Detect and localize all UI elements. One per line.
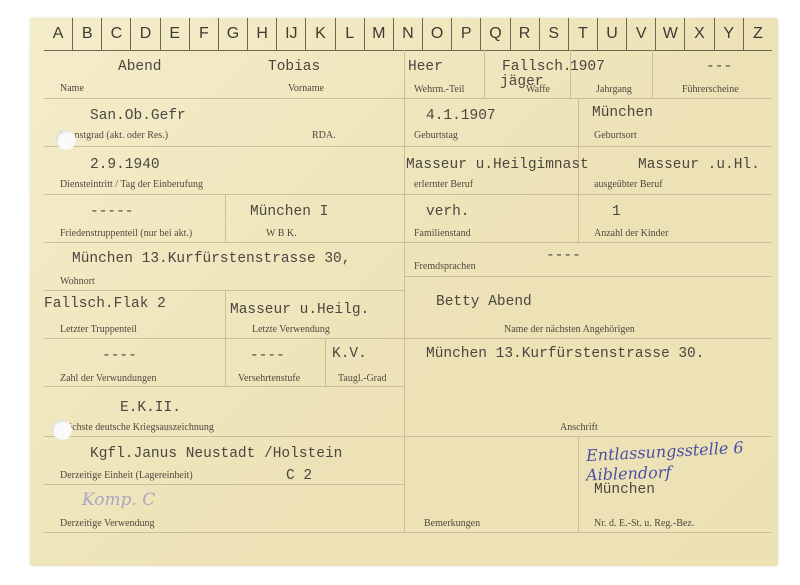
divider xyxy=(44,194,772,195)
fremdsprachen-value: ---- xyxy=(546,248,581,264)
divider xyxy=(652,50,653,98)
vorname-value: Tobias xyxy=(268,59,320,75)
kinder-value: 1 xyxy=(612,204,621,220)
divider xyxy=(44,386,404,387)
personnel-card: ABCDEFGHIJKLMNOPQRSTUVWXYZ Abend Name To… xyxy=(30,18,778,566)
index-letter-c: C xyxy=(102,18,131,50)
index-letter-e: E xyxy=(161,18,190,50)
verwundungen-label: Zahl der Verwundungen xyxy=(60,373,156,384)
index-letter-a: A xyxy=(44,18,73,50)
index-letter-u: U xyxy=(598,18,627,50)
index-letter-v: V xyxy=(627,18,656,50)
erlernter-beruf-value: Masseur u.Heilgimnast xyxy=(406,157,589,173)
friedenstruppenteil-value: ----- xyxy=(90,204,134,220)
geburtsort-value: München xyxy=(592,105,653,121)
entlassungsstelle-handwritten: Entlassungsstelle 6 xyxy=(586,438,744,465)
derzeitige-verwendung-label: Derzeitige Verwendung xyxy=(60,518,155,529)
index-letter-x: X xyxy=(685,18,714,50)
index-letter-q: Q xyxy=(481,18,510,50)
index-letter-k: K xyxy=(306,18,335,50)
erlernter-beruf-label: erlernter Beruf xyxy=(414,179,473,190)
vorname-label: Vorname xyxy=(288,83,324,94)
divider xyxy=(44,290,404,291)
wohnort-label: Wohnort xyxy=(60,276,95,287)
letzte-verwendung-value: Masseur u.Heilg. xyxy=(230,302,369,318)
derzeitige-einheit-value: Kgfl.Janus Neustadt /Holstein xyxy=(90,446,342,462)
diensteintritt-value: 2.9.1940 xyxy=(90,157,160,173)
nr-est-value: München xyxy=(594,482,655,498)
index-letter-z: Z xyxy=(744,18,772,50)
index-letter-ij: IJ xyxy=(277,18,306,50)
nr-est-label: Nr. d. E.-St. u. Reg.-Bez. xyxy=(594,518,694,529)
divider xyxy=(484,50,485,98)
divider xyxy=(44,146,772,147)
divider xyxy=(578,194,579,242)
index-letter-p: P xyxy=(452,18,481,50)
index-letter-y: Y xyxy=(715,18,744,50)
name-label: Name xyxy=(60,83,84,94)
index-letter-f: F xyxy=(190,18,219,50)
divider xyxy=(44,532,772,533)
derzeitige-einheit-subunit: C 2 xyxy=(286,468,312,484)
name-value: Abend xyxy=(118,59,162,75)
index-letter-t: T xyxy=(569,18,598,50)
taugl-grad-label: Taugl.-Grad xyxy=(338,373,386,384)
familienstand-label: Familienstand xyxy=(414,228,471,239)
index-letter-d: D xyxy=(131,18,160,50)
index-letter-n: N xyxy=(394,18,423,50)
wbk-value: München I xyxy=(250,204,328,220)
taugl-grad-value: K.V. xyxy=(332,346,367,362)
punch-hole xyxy=(56,130,76,150)
index-letter-r: R xyxy=(511,18,540,50)
divider xyxy=(325,338,326,386)
punch-hole xyxy=(52,420,72,440)
diensteintritt-label: Diensteintritt / Tag der Einberufung xyxy=(60,179,203,190)
derzeitige-verwendung-handwritten: Komp. C xyxy=(82,490,155,510)
letzter-truppenteil-label: Letzter Truppenteil xyxy=(60,324,137,335)
friedenstruppenteil-label: Friedenstruppenteil (nur bei akt.) xyxy=(60,228,192,239)
geburtsort-label: Geburtsort xyxy=(594,130,637,141)
geburtstag-value: 4.1.1907 xyxy=(426,108,496,124)
dienstgrad-value: San.Ob.Gefr xyxy=(90,108,186,124)
index-letter-w: W xyxy=(656,18,685,50)
alphabet-index: ABCDEFGHIJKLMNOPQRSTUVWXYZ xyxy=(44,18,772,51)
kriegsauszeichnung-value: E.K.II. xyxy=(120,400,181,416)
divider xyxy=(578,436,579,532)
divider xyxy=(44,242,772,243)
divider xyxy=(404,50,405,532)
divider xyxy=(404,276,772,277)
fremdsprachen-label: Fremdsprachen xyxy=(414,261,476,272)
ausgeuebter-beruf-label: ausgeübter Beruf xyxy=(594,179,663,190)
derzeitige-einheit-label: Derzeitige Einheit (Lagereinheit) xyxy=(60,470,193,481)
divider xyxy=(225,290,226,386)
verwundungen-value: ---- xyxy=(102,348,137,364)
versehrtenstufe-label: Versehrtenstufe xyxy=(238,373,300,384)
angehoerige-name-label: Name der nächsten Angehörigen xyxy=(504,324,635,335)
rda-label: RDA. xyxy=(312,130,336,141)
divider xyxy=(225,194,226,242)
dienstgrad-label: Dienstgrad (akt. oder Res.) xyxy=(60,130,168,141)
index-letter-b: B xyxy=(73,18,102,50)
geburtstag-label: Geburtstag xyxy=(414,130,458,141)
wehrm-teil-label: Wehrm.-Teil xyxy=(414,84,464,95)
jahrgang-value: 1907 xyxy=(570,59,605,75)
index-letter-g: G xyxy=(219,18,248,50)
waffe-label: Waffe xyxy=(526,84,550,95)
wohnort-value: München 13.Kurfürstenstrasse 30, xyxy=(72,251,350,267)
wbk-label: W B K. xyxy=(266,228,297,239)
kinder-label: Anzahl der Kinder xyxy=(594,228,668,239)
letzter-truppenteil-value: Fallsch.Flak 2 xyxy=(44,296,166,312)
index-letter-h: H xyxy=(248,18,277,50)
ausgeuebter-beruf-value: Masseur .u.Hl. xyxy=(638,157,760,173)
versehrtenstufe-value: ---- xyxy=(250,348,285,364)
waffe-value: Fallsch. xyxy=(502,59,572,75)
wehrm-teil-value: Heer xyxy=(408,59,443,75)
divider xyxy=(44,338,772,339)
divider xyxy=(44,484,404,485)
jahrgang-label: Jahrgang xyxy=(596,84,632,95)
divider xyxy=(44,436,772,437)
index-letter-m: M xyxy=(365,18,394,50)
familienstand-value: verh. xyxy=(426,204,470,220)
divider xyxy=(44,98,772,99)
anschrift-value: München 13.Kurfürstenstrasse 30. xyxy=(426,346,704,362)
divider xyxy=(578,98,579,194)
fuehrerscheine-label: Führerscheine xyxy=(682,84,739,95)
bemerkungen-label: Bemerkungen xyxy=(424,518,480,529)
letzte-verwendung-label: Letzte Verwendung xyxy=(252,324,330,335)
anschrift-label: Anschrift xyxy=(560,422,598,433)
kriegsauszeichnung-label: Höchste deutsche Kriegsauszeichnung xyxy=(60,422,214,433)
index-letter-s: S xyxy=(540,18,569,50)
fuehrerscheine-value: --- xyxy=(706,59,732,75)
angehoerige-name-value: Betty Abend xyxy=(436,294,532,310)
index-letter-o: O xyxy=(423,18,452,50)
index-letter-l: L xyxy=(336,18,365,50)
